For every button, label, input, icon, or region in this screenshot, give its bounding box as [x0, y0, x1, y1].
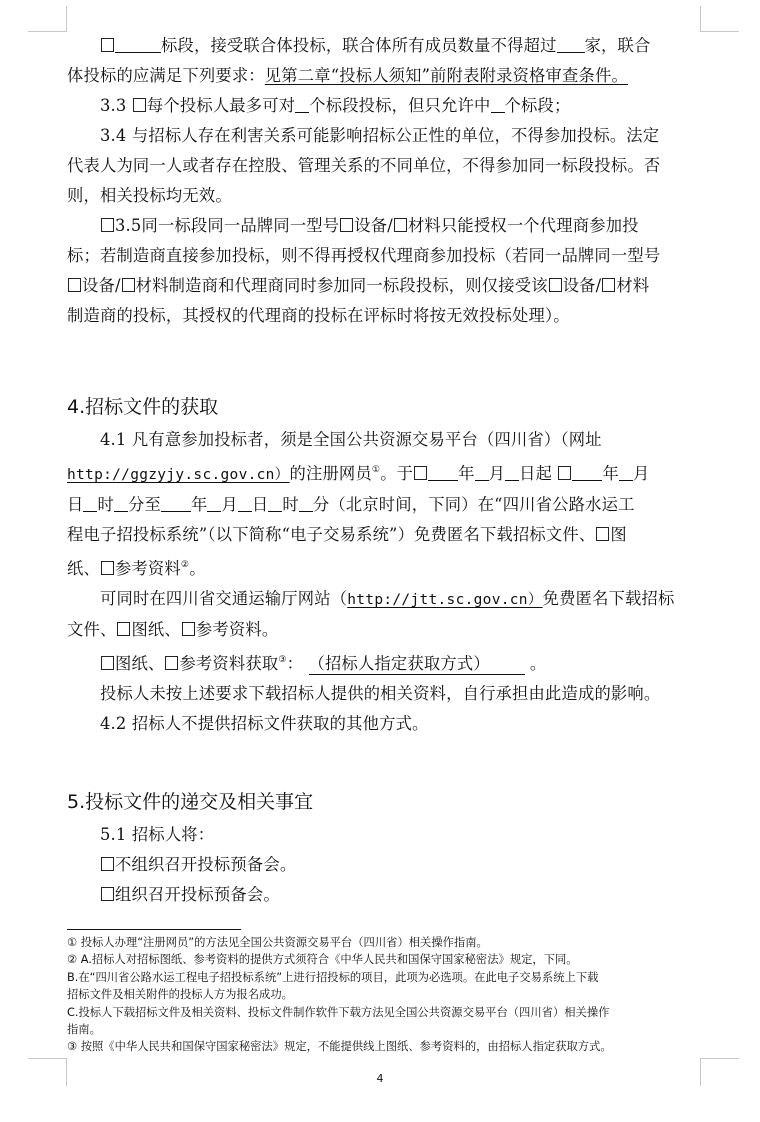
- text: 参考资料。: [196, 620, 278, 639]
- footnote-2b-cont: 招标文件及相关附件的投标人方为报名成功。: [67, 986, 707, 1003]
- acquisition-method-field[interactable]: （招标人指定获取方式）: [309, 654, 525, 675]
- text: 程电子招投标系统”（以下简称“电子交易系统”）免费匿名下载招标文件、: [67, 525, 595, 544]
- blank-field[interactable]: [238, 493, 252, 512]
- text: 每个投标人最多可对: [147, 96, 295, 115]
- text: 个标段；: [505, 96, 571, 115]
- text: 参考资料: [115, 559, 181, 578]
- text: 文件、: [67, 620, 116, 639]
- option-prebid-meeting: 组织召开投标预备会。: [67, 880, 700, 910]
- checkbox[interactable]: [101, 887, 114, 901]
- blank-field[interactable]: [475, 462, 489, 481]
- text: 。: [189, 559, 205, 578]
- option-no-prebid-meeting: 不组织召开投标预备会。: [67, 850, 700, 880]
- para-3-5-line-3: 设备/材料制造商和代理商同时参加同一标段投标，则仅接受该设备/材料: [67, 271, 700, 301]
- text: 月: [489, 464, 505, 483]
- checkbox[interactable]: [596, 527, 609, 541]
- checkbox[interactable]: [414, 466, 427, 480]
- text: 个标段投标，但只允许中: [309, 96, 490, 115]
- blank-field[interactable]: [268, 493, 282, 512]
- blank-field[interactable]: [299, 493, 313, 512]
- footnote-ref-1[interactable]: ①: [372, 465, 380, 475]
- text: 。于: [380, 464, 413, 483]
- blank-field[interactable]: [572, 462, 602, 481]
- para-3-5-line-1: 3.5同一标段同一品牌同一型号设备/材料只能授权一个代理商参加投: [67, 211, 700, 241]
- text: （北京时间，下同）在“四川省公路水运工: [329, 495, 634, 514]
- text: 至: [144, 495, 160, 514]
- text: 3.5同一标段同一品牌同一型号: [115, 216, 339, 235]
- consortium-line-1: 标段，接受联合体投标，联合体所有成员数量不得超过家，联合: [67, 31, 700, 61]
- blank-field[interactable]: [161, 493, 191, 512]
- section-4-body: 4.1 凡有意参加投标者，须是全国公共资源交易平台（四川省）（网址 http:/…: [67, 425, 700, 739]
- footnote-2c-cont: 指南。: [67, 1021, 707, 1038]
- text: 月: [633, 464, 649, 483]
- para-4-1-line-1: 4.1 凡有意参加投标者，须是全国公共资源交易平台（四川省）（网址: [67, 425, 700, 455]
- footnote-separator: [67, 929, 241, 930]
- section-5-heading: 5.投标文件的递交及相关事宜: [67, 787, 313, 814]
- para-3-5-line-2: 标；若制造商直接参加投标，则不得再授权代理商参加投标（若同一品牌同一型号: [67, 241, 700, 271]
- text: 家，联合: [585, 36, 651, 55]
- checkbox[interactable]: [182, 622, 195, 636]
- text: 日: [519, 464, 535, 483]
- checkbox[interactable]: [602, 278, 615, 292]
- para-4-1-line-2: http://ggzyjy.sc.gov.cn）的注册网员①。于年月日起 年月: [67, 455, 700, 490]
- text: 材料只能授权一个代理商参加投: [408, 216, 639, 235]
- checkbox[interactable]: [68, 278, 81, 292]
- para-4-2: 4.2 招标人不提供招标文件获取的其他方式。: [67, 709, 700, 739]
- checkbox[interactable]: [117, 622, 130, 636]
- text: 时: [282, 495, 298, 514]
- checkbox[interactable]: [101, 38, 114, 52]
- clause-number: 3.3: [100, 96, 127, 115]
- blank-field[interactable]: [491, 94, 505, 113]
- checkbox[interactable]: [165, 656, 178, 670]
- text: 的注册网员: [289, 464, 371, 483]
- para-4-1-line-3: 日时分至年月日时分（北京时间，下同）在“四川省公路水运工: [67, 490, 700, 520]
- para-3-4-line-3: 则，相关投标均无效。: [67, 181, 700, 211]
- text: 起: [536, 464, 552, 483]
- section-3-continuation: 标段，接受联合体投标，联合体所有成员数量不得超过家，联合 体投标的应满足下列要求…: [67, 31, 700, 331]
- text: 时: [97, 495, 113, 514]
- text: 。: [530, 654, 546, 673]
- text: 标段，接受联合体投标，联合体所有成员数量不得超过: [161, 36, 557, 55]
- text: 日: [252, 495, 268, 514]
- footnote-2c: C.投标人下载招标文件及相关资料、投标文件制作软件下载方法见全国公共资源交易平台…: [67, 1004, 707, 1021]
- checkbox[interactable]: [558, 466, 571, 480]
- blank-field[interactable]: [207, 493, 221, 512]
- footnotes: ① 投标人办理“注册网员”的方法见全国公共资源交易平台（四川省）相关操作指南。 …: [67, 934, 707, 1056]
- jtt-url-link[interactable]: http://jtt.sc.gov.cn）: [347, 592, 542, 608]
- blank-field[interactable]: [557, 34, 585, 53]
- text: ：: [287, 654, 303, 673]
- qualification-reference: 见第二章“投标人须知”前附表附录资格审查条件。: [265, 66, 628, 85]
- text: 分: [313, 495, 329, 514]
- para-3-4-line-2: 代表人为同一人或者存在控股、管理关系的不同单位，不得参加同一标段投标。否: [67, 151, 700, 181]
- crop-mark-top-right: [700, 6, 739, 32]
- text: 图纸、: [115, 654, 164, 673]
- checkbox[interactable]: [101, 218, 114, 232]
- text: 组织召开投标预备会。: [115, 885, 280, 904]
- text: 设备/: [82, 276, 121, 295]
- para-3-3: 3.3 每个投标人最多可对个标段投标，但只允许中个标段；: [67, 91, 700, 121]
- ggzyjy-url-link[interactable]: http://ggzyjy.sc.gov.cn）: [67, 467, 289, 483]
- text: 免费匿名下载招标: [543, 589, 675, 608]
- text: 可同时在四川省交通运输厅网站（: [100, 589, 347, 608]
- text: 材料: [616, 276, 649, 295]
- footnote-ref-2[interactable]: ②: [181, 560, 189, 570]
- text: 图: [610, 525, 626, 544]
- checkbox[interactable]: [340, 218, 353, 232]
- para-5-1: 5.1 招标人将：: [67, 820, 700, 850]
- para-3-5-line-4: 制造商的投标，其授权的代理商的投标在评标时将按无效投标处理）。: [67, 301, 700, 331]
- text: 年: [602, 464, 618, 483]
- footnote-ref-3[interactable]: ③: [278, 655, 286, 665]
- blank-field[interactable]: [83, 493, 97, 512]
- text: 不组织召开投标预备会。: [115, 855, 296, 874]
- text: 参考资料获取: [179, 654, 278, 673]
- blank-field[interactable]: [428, 462, 458, 481]
- text: 图纸、: [131, 620, 180, 639]
- footnote-2b: B.在“四川省公路水运工程电子招投标系统”上进行招投标的项目，此项为必选项。在此…: [67, 969, 707, 986]
- text: 年: [191, 495, 207, 514]
- alt-download-line-2: 文件、图纸、参考资料。: [67, 615, 700, 645]
- text: 材料制造商和代理商同时参加同一标段投标，则仅接受该: [136, 276, 548, 295]
- checkbox[interactable]: [101, 561, 114, 575]
- para-4-1-line-4: 程电子招投标系统”（以下简称“电子交易系统”）免费匿名下载招标文件、图: [67, 520, 700, 550]
- drawing-acquisition-line: 图纸、参考资料获取③： （招标人指定获取方式） 。: [67, 645, 700, 679]
- text: 设备/: [563, 276, 602, 295]
- download-warning: 投标人未按上述要求下载招标人提供的相关资料，自行承担由此造成的影响。: [67, 679, 700, 709]
- page-number: 4: [0, 1072, 760, 1085]
- blank-field[interactable]: [115, 34, 161, 53]
- checkbox[interactable]: [101, 857, 114, 871]
- checkbox[interactable]: [133, 98, 146, 112]
- text: 纸、: [67, 559, 100, 578]
- para-4-1-line-5: 纸、参考资料②。: [67, 550, 700, 584]
- section-4-heading: 4.招标文件的获取: [67, 392, 218, 419]
- checkbox[interactable]: [101, 656, 114, 670]
- blank-field[interactable]: [505, 462, 519, 481]
- footnote-3: ③ 按照《中华人民共和国保守国家秘密法》规定，不能提供线上图纸、参考资料的，由招…: [67, 1038, 707, 1055]
- text: 设备/: [354, 216, 393, 235]
- alt-download-line-1: 可同时在四川省交通运输厅网站（http://jtt.sc.gov.cn）免费匿名…: [67, 584, 700, 615]
- text: 分: [128, 495, 144, 514]
- section-5-body: 5.1 招标人将： 不组织召开投标预备会。 组织召开投标预备会。: [67, 820, 700, 910]
- footnote-2a: ② A.招标人对招标图纸、参考资料的提供方式须符合《中华人民共和国保守国家秘密法…: [67, 951, 707, 968]
- crop-mark-top-left: [28, 6, 67, 32]
- blank-field[interactable]: [114, 493, 128, 512]
- para-3-4-line-1: 3.4 与招标人存在利害关系可能影响招标公正性的单位，不得参加投标。法定: [67, 121, 700, 151]
- checkbox[interactable]: [549, 278, 562, 292]
- checkbox[interactable]: [394, 218, 407, 232]
- text: 体投标的应满足下列要求：: [67, 66, 265, 85]
- consortium-line-2: 体投标的应满足下列要求：见第二章“投标人须知”前附表附录资格审查条件。: [67, 61, 700, 91]
- text: 月: [221, 495, 237, 514]
- checkbox[interactable]: [122, 278, 135, 292]
- text: 日: [67, 495, 83, 514]
- blank-field[interactable]: [295, 94, 309, 113]
- footnote-1: ① 投标人办理“注册网员”的方法见全国公共资源交易平台（四川省）相关操作指南。: [67, 934, 707, 951]
- blank-field[interactable]: [619, 462, 633, 481]
- text: 年: [458, 464, 474, 483]
